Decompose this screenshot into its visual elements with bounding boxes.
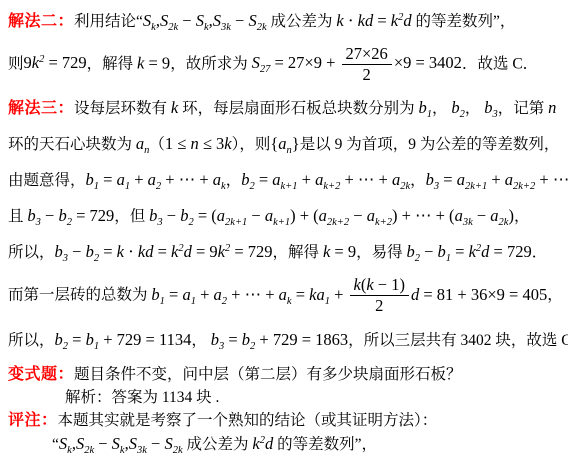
text-run: ， bbox=[465, 100, 484, 117]
solution3-line4: 且 b3 − b2 = 729，但 b3 − b2 = (a2k+1 − ak+… bbox=[8, 204, 564, 228]
text-run: 设每层环数有 bbox=[74, 100, 171, 117]
math-expression: b2 = b1 + 729 = 1134 bbox=[55, 330, 192, 349]
math-expression: k = 9 bbox=[137, 53, 170, 72]
solution3-line2: 环的天石心块数为 an（1 ≤ n ≤ 3k），则{an}是以 9 为首项，9 … bbox=[8, 132, 564, 156]
text-run: 利用结论“ bbox=[74, 13, 143, 30]
math-expression: k = 9 bbox=[323, 242, 356, 261]
text-run: ），则 bbox=[232, 136, 271, 153]
math-expression: b2 = ak+1 + ak+2 + ⋯ + a2k bbox=[241, 170, 410, 189]
math-expression: k2d bbox=[252, 434, 273, 453]
math-solution-document: 解法二：利用结论“Sk,S2k − Sk,S3k − S2k 成公差为 k ⋅ … bbox=[0, 0, 568, 458]
math-expression: Sk,S2k − Sk,S3k − S2k bbox=[59, 434, 183, 453]
math-expression: an bbox=[136, 134, 150, 153]
text-run: ， bbox=[226, 172, 242, 189]
math-expression: b3 = b2 + 729 = 1863 bbox=[211, 330, 348, 349]
remark-line2: “Sk,S2k − Sk,S3k − S2k 成公差为 k2d 的等差数列”， bbox=[8, 433, 564, 456]
solution3-line1: 解法三：设每层环数有 k 环，每层扇面形石板总块数分别为 b1， b2， b3，… bbox=[8, 96, 564, 120]
text-run: ． bbox=[532, 244, 548, 261]
text-run: 的等差数列”， bbox=[273, 436, 377, 453]
text-run: ，故所求为 bbox=[170, 55, 251, 72]
text-run: 且 bbox=[8, 208, 27, 225]
text-run: 则 bbox=[8, 55, 24, 72]
text-run: 题目条件不变，问中层（第二层）有多少块扇面形石板？ bbox=[74, 366, 462, 383]
text-run: ，记第 bbox=[498, 100, 548, 117]
fraction: 27×262 bbox=[342, 45, 392, 84]
math-expression: b3 − b2 = (a2k+1 − ak+1) + (a2k+2 − ak+2… bbox=[149, 206, 514, 225]
text-run: 所以， bbox=[8, 244, 55, 261]
text-run: 的等差数列”， bbox=[412, 13, 516, 30]
text-run: ，但 bbox=[114, 208, 149, 225]
section-label: 变式题： bbox=[8, 366, 74, 383]
math-expression: 1 ≤ n ≤ 3k bbox=[165, 134, 232, 153]
section-label: 评注： bbox=[8, 412, 58, 429]
text-run: ， bbox=[547, 287, 563, 304]
solution2-line2: 则9k2 = 729，解得 k = 9，故所求为 S27 = 27×9 + 27… bbox=[8, 45, 564, 84]
text-run: “ bbox=[52, 436, 59, 453]
fraction: k(k − 1)2 bbox=[350, 276, 409, 315]
text-run: ，解得 bbox=[273, 244, 323, 261]
math-expression: b1 = a1 + a2 + ⋯ + ak = ka1 + k(k − 1)2d… bbox=[151, 285, 547, 304]
text-run: ，所以三层共有 3402 块，故选 C． bbox=[348, 332, 568, 349]
text-run: 是以 9 为首项，9 为公差的等差数列， bbox=[300, 136, 560, 153]
section-label: 解法二： bbox=[8, 13, 74, 30]
math-expression: Sk,S2k − Sk,S3k − S2k bbox=[143, 11, 267, 30]
solution3-line3: 由题意得，b1 = a1 + a2 + ⋯ + ak，b2 = ak+1 + a… bbox=[8, 168, 564, 192]
remark-line1: 评注：本题其实就是考察了一个熟知的结论（或其证明方法）： bbox=[8, 410, 564, 432]
math-expression: b3 bbox=[484, 98, 498, 117]
math-expression: k ⋅ kd = k2d bbox=[336, 11, 411, 30]
math-expression: {an} bbox=[270, 134, 299, 153]
math-expression: b1 = a1 + a2 + ⋯ + ak bbox=[86, 170, 226, 189]
section-label: 解法三： bbox=[8, 100, 74, 117]
variant-question: 变式题：题目条件不变，问中层（第二层）有多少块扇面形石板？ bbox=[8, 364, 564, 386]
text-run: ，易得 bbox=[356, 244, 406, 261]
text-run: ， bbox=[191, 332, 210, 349]
math-expression: b3 − b2 = 729 bbox=[27, 206, 114, 225]
text-run: 成公差为 bbox=[183, 436, 253, 453]
text-run: 成公差为 bbox=[267, 13, 337, 30]
text-run: 本题其实就是考察了一个熟知的结论（或其证明方法）： bbox=[58, 412, 438, 429]
math-expression: b1 bbox=[419, 98, 433, 117]
math-expression: b3 = a2k+1 + a2k+2 + ⋯ + a3k bbox=[426, 170, 568, 189]
math-expression: S27 = 27×9 + 27×262×9 = 3402 bbox=[252, 53, 462, 72]
math-expression: n bbox=[548, 98, 556, 117]
variant-answer: 解析：答案为 1134 块 . bbox=[8, 387, 564, 409]
text-run: ， bbox=[514, 208, 530, 225]
text-run: ．故选 C． bbox=[462, 55, 538, 72]
solution3-line6: 而第一层砖的总数为 b1 = a1 + a2 + ⋯ + ak = ka1 + … bbox=[8, 276, 564, 315]
text-run: 解析：答案为 1134 块 . bbox=[65, 389, 219, 406]
text-run: ， bbox=[410, 172, 426, 189]
math-expression: b3 − b2 = k ⋅ kd = k2d = 9k2 = 729 bbox=[55, 242, 273, 261]
document-lines: 解法二：利用结论“Sk,S2k − Sk,S3k − S2k 成公差为 k ⋅ … bbox=[8, 9, 564, 456]
math-expression: b2 − b1 = k2d = 729 bbox=[406, 242, 531, 261]
text-run: 环，每层扇面形石板总块数分别为 bbox=[178, 100, 418, 117]
text-run: 由题意得， bbox=[8, 172, 86, 189]
text-run: （ bbox=[149, 136, 165, 153]
text-run: 而第一层砖的总数为 bbox=[8, 287, 151, 304]
text-run: ，解得 bbox=[87, 55, 137, 72]
solution3-line7: 所以，b2 = b1 + 729 = 1134， b3 = b2 + 729 =… bbox=[8, 328, 564, 352]
solution2-line1: 解法二：利用结论“Sk,S2k − Sk,S3k − S2k 成公差为 k ⋅ … bbox=[8, 9, 564, 33]
math-expression: 9k2 = 729 bbox=[24, 53, 87, 72]
text-run: ， bbox=[432, 100, 451, 117]
solution3-line5: 所以，b3 − b2 = k ⋅ kd = k2d = 9k2 = 729，解得… bbox=[8, 240, 564, 264]
text-run: 所以， bbox=[8, 332, 55, 349]
text-run: 环的天石心块数为 bbox=[8, 136, 136, 153]
math-expression: b2 bbox=[451, 98, 465, 117]
